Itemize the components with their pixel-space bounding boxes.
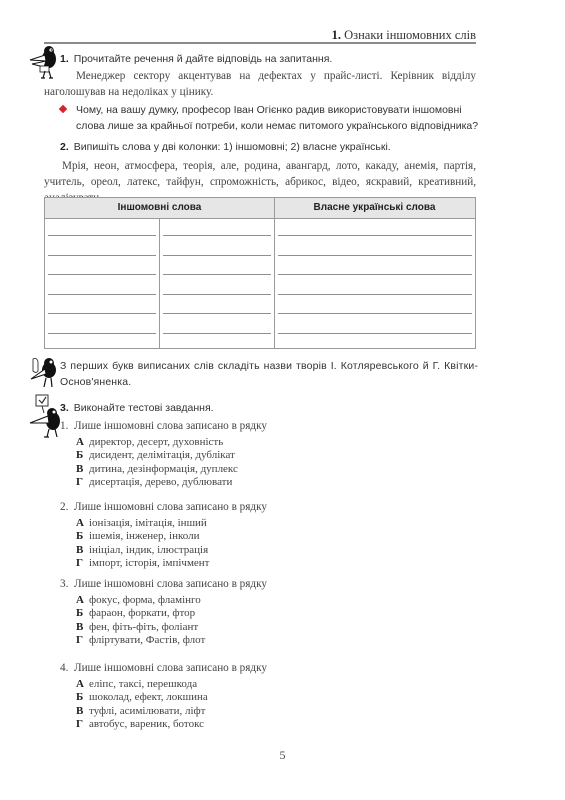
answer-line[interactable] [48, 235, 156, 236]
option-letter: Г [76, 634, 89, 646]
column-divider [159, 218, 160, 348]
task-2-instruction: Випишіть слова у дві колонки: 1) іншомов… [74, 141, 391, 153]
answer-option-3-2[interactable]: Бфараон, форкати, фтор [76, 607, 195, 619]
task-2-number: 2. [60, 141, 69, 153]
header-rule [44, 42, 476, 44]
bird-with-checkbox-icon [27, 393, 63, 441]
answer-option-3-1[interactable]: Афокус, форма, фламінго [76, 594, 201, 606]
option-text: фліртувати, Фастів, флот [89, 634, 205, 646]
section-number: 1. [332, 28, 341, 42]
option-text: директор, десерт, духовність [89, 436, 223, 448]
option-text: дисертація, дерево, дублювати [89, 476, 232, 488]
answer-line[interactable] [278, 313, 472, 314]
task-1-text: Менеджер сектору акцентував на дефектах … [44, 68, 476, 100]
answer-option-3-4[interactable]: Гфліртувати, Фастів, флот [76, 634, 205, 646]
task-1-question: Чому, на вашу думку, професор Іван Огієн… [60, 102, 480, 134]
option-letter: А [76, 436, 89, 448]
answer-line[interactable] [278, 294, 472, 295]
answer-option-4-3[interactable]: Втуфлі, асимілювати, ліфт [76, 705, 205, 717]
option-text: фараон, форкати, фтор [89, 607, 195, 619]
task-3-number: 3. [60, 402, 69, 414]
test-question-1: 1. Лише іншомовні слова записано в рядку [60, 420, 267, 432]
option-letter: Б [76, 607, 89, 619]
page-number: 5 [0, 748, 565, 763]
running-header: 1. Ознаки іншомовних слів [44, 28, 476, 42]
answer-option-1-3[interactable]: Вдитина, дезінформація, дуплекс [76, 463, 238, 475]
task-1-number: 1. [60, 53, 69, 65]
test-question-3: 3. Лише іншомовні слова записано в рядку [60, 578, 267, 590]
answer-option-1-2[interactable]: Бдисидент, делімітація, дублікат [76, 449, 235, 461]
note-text: З перших букв виписаних слів складіть на… [60, 358, 478, 390]
option-text: імпорт, історія, імпічмент [89, 557, 209, 569]
test-question-4: 4. Лише іншомовні слова записано в рядку [60, 662, 267, 674]
option-text: фокус, форма, фламінго [89, 594, 201, 606]
option-letter: Г [76, 718, 89, 730]
column-divider [274, 198, 275, 348]
option-letter: А [76, 517, 89, 529]
option-text: туфлі, асимілювати, ліфт [89, 705, 205, 717]
option-letter: Г [76, 557, 89, 569]
option-letter: В [76, 705, 89, 717]
answer-line[interactable] [163, 294, 271, 295]
option-text: іонізація, імітація, інший [89, 517, 207, 529]
answer-line[interactable] [48, 255, 156, 256]
answer-line[interactable] [48, 333, 156, 334]
answer-line[interactable] [278, 255, 472, 256]
answer-line[interactable] [278, 333, 472, 334]
answer-line[interactable] [278, 274, 472, 275]
word-table: Іншомовні слова Власне українські слова [44, 197, 476, 349]
answer-line[interactable] [163, 313, 271, 314]
answer-line[interactable] [163, 235, 271, 236]
task-3-title: 3.Виконайте тестові завдання. [60, 402, 214, 414]
answer-option-4-1[interactable]: Аеліпс, таксі, перешкода [76, 678, 197, 690]
answer-option-2-1[interactable]: Аіонізація, імітація, інший [76, 517, 207, 529]
answer-line[interactable] [48, 294, 156, 295]
column-header-native: Власне українські слова [274, 202, 475, 213]
task-1-sentences: Менеджер сектору акцентував на дефектах … [44, 70, 476, 98]
option-letter: Б [76, 691, 89, 703]
option-letter: А [76, 594, 89, 606]
answer-option-2-4[interactable]: Гімпорт, історія, імпічмент [76, 557, 209, 569]
answer-option-4-4[interactable]: Гавтобус, вареник, ботокс [76, 718, 204, 730]
task-1-title: 1.Прочитайте речення й дайте відповідь н… [60, 53, 332, 65]
option-letter: В [76, 621, 89, 633]
option-letter: Г [76, 476, 89, 488]
option-text: автобус, вареник, ботокс [89, 718, 204, 730]
option-letter: А [76, 678, 89, 690]
option-text: фен, фіть-фіть, фоліант [89, 621, 198, 633]
task-2-title: 2.Випишіть слова у дві колонки: 1) іншом… [60, 141, 391, 153]
option-text: дитина, дезінформація, дуплекс [89, 463, 238, 475]
column-header-foreign: Іншомовні слова [45, 202, 274, 213]
option-letter: Б [76, 449, 89, 461]
task-1-instruction: Прочитайте речення й дайте відповідь на … [74, 53, 333, 65]
task-3-instruction: Виконайте тестові завдання. [74, 402, 214, 414]
option-text: ініціал, індик, ілюстрація [89, 544, 208, 556]
option-letter: В [76, 463, 89, 475]
option-letter: Б [76, 530, 89, 542]
option-letter: В [76, 544, 89, 556]
option-text: дисидент, делімітація, дублікат [89, 449, 235, 461]
answer-line[interactable] [163, 255, 271, 256]
answer-line[interactable] [48, 274, 156, 275]
task-1-question-text: Чому, на вашу думку, професор Іван Огієн… [76, 102, 480, 134]
test-question-2: 2. Лише іншомовні слова записано в рядку [60, 501, 267, 513]
answer-option-4-2[interactable]: Бшоколад, ефект, локшина [76, 691, 208, 703]
answer-line[interactable] [163, 333, 271, 334]
diamond-bullet-icon [59, 105, 67, 113]
answer-line[interactable] [48, 313, 156, 314]
answer-option-1-1[interactable]: Адиректор, десерт, духовність [76, 436, 223, 448]
option-text: шоколад, ефект, локшина [89, 691, 208, 703]
answer-line[interactable] [278, 235, 472, 236]
option-text: еліпс, таксі, перешкода [89, 678, 197, 690]
bird-with-scroll-icon [27, 357, 61, 389]
answer-option-2-3[interactable]: Вініціал, індик, ілюстрація [76, 544, 208, 556]
option-text: ішемія, інженер, інколи [89, 530, 200, 542]
section-title: Ознаки іншомовних слів [344, 28, 476, 42]
answer-line[interactable] [163, 274, 271, 275]
word-table-header: Іншомовні слова Власне українські слова [45, 198, 475, 219]
answer-option-3-3[interactable]: Вфен, фіть-фіть, фоліант [76, 621, 198, 633]
answer-option-2-2[interactable]: Бішемія, інженер, інколи [76, 530, 200, 542]
answer-option-1-4[interactable]: Гдисертація, дерево, дублювати [76, 476, 232, 488]
